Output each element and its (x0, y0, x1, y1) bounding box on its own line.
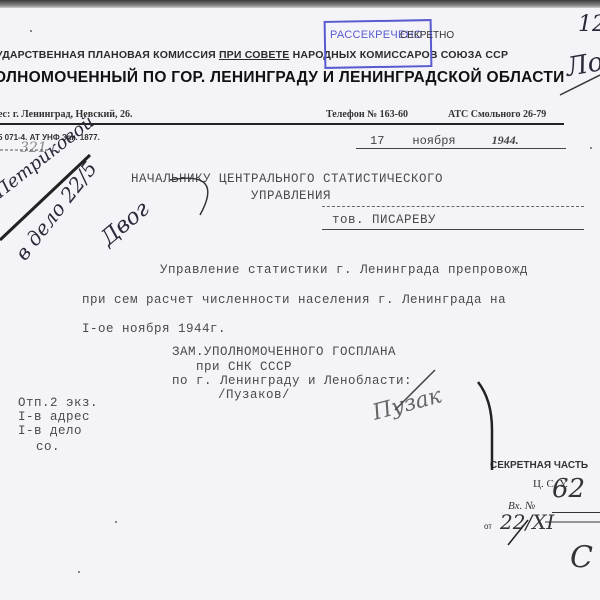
body-line-3: I-ое ноября 1944г. (82, 322, 226, 336)
signature-title-3: по г. Ленинграду и Ленобласти: (172, 374, 412, 388)
secret-overprint: СЕКРЕТНО (400, 30, 454, 41)
copies-line-3: I-в дело (18, 424, 82, 438)
secret-dept-stamp-title: СЕКРЕТНАЯ ЧАСТЬ (490, 460, 588, 471)
addressee-line-1: НАЧАЛЬНИКУ ЦЕНТРАЛЬНОГО СТАТИСТИЧЕСКОГО (131, 172, 443, 186)
declassified-stamp (324, 19, 433, 69)
letterhead-title: ОЛНОМОЧЕННЫЙ ПО ГОР. ЛЕНИНГРАДУ И ЛЕНИНГ… (0, 69, 565, 87)
copies-line-2: I-в адрес (18, 410, 90, 424)
copies-line-4: со. (36, 440, 60, 454)
handwritten-signature: Пузак (370, 383, 444, 425)
paper-speck (30, 30, 32, 32)
handwritten-initials: Двог (96, 197, 154, 252)
letterhead-phone: Телефон № 163-60 (326, 109, 408, 120)
copies-line-1: Отп.2 экз. (18, 396, 98, 410)
addressee-underline (322, 229, 584, 230)
handwritten-top-scrawl: Ло (564, 47, 600, 83)
handwritten-corner-mark: С (570, 540, 593, 575)
date-day: 17 (370, 134, 384, 148)
letterhead-org-prefix: УДАРСТВЕННАЯ ПЛАНОВАЯ КОМИССИЯ (0, 49, 219, 61)
letterhead-ats: АТС Смольного 26-79 (448, 109, 546, 120)
document-date: 17ноября1944. (356, 133, 566, 149)
letterhead-org-underlined: ПРИ СОВЕТЕ (219, 49, 290, 61)
handwritten-top-number: 12 (578, 12, 600, 37)
paper-speck (590, 147, 592, 149)
paper-speck (78, 571, 80, 573)
addressee-name: тов. ПИСАРЕВУ (332, 213, 436, 227)
body-line-1: Управление статистики г. Ленинграда преп… (160, 263, 528, 277)
signature-title-2: при СНК СССР (196, 360, 292, 374)
paper-speck (238, 347, 240, 349)
paper-speck (115, 521, 117, 523)
handwritten-incoming-number: 62 (552, 474, 585, 504)
signature-title-1: ЗАМ.УПОЛНОМОЧЕННОГО ГОСПЛАНА (172, 345, 396, 359)
addressee-line-2: УПРАВЛЕНИЯ (251, 189, 331, 203)
date-month: ноября (412, 134, 455, 148)
signatory-name: /Пузаков/ (218, 388, 290, 402)
addressee-dashed-rule (322, 206, 584, 207)
scan-top-edge (0, 0, 600, 8)
letterhead-address: ес: г. Ленинград, Невский, 26. (0, 109, 132, 120)
date-year: 1944. (492, 133, 519, 147)
incoming-date-label: от (484, 522, 492, 531)
incoming-number-rule (552, 512, 600, 513)
handwritten-incoming-date: 22/XI (500, 510, 554, 534)
body-line-2: при сем расчет численности населения г. … (82, 293, 506, 307)
